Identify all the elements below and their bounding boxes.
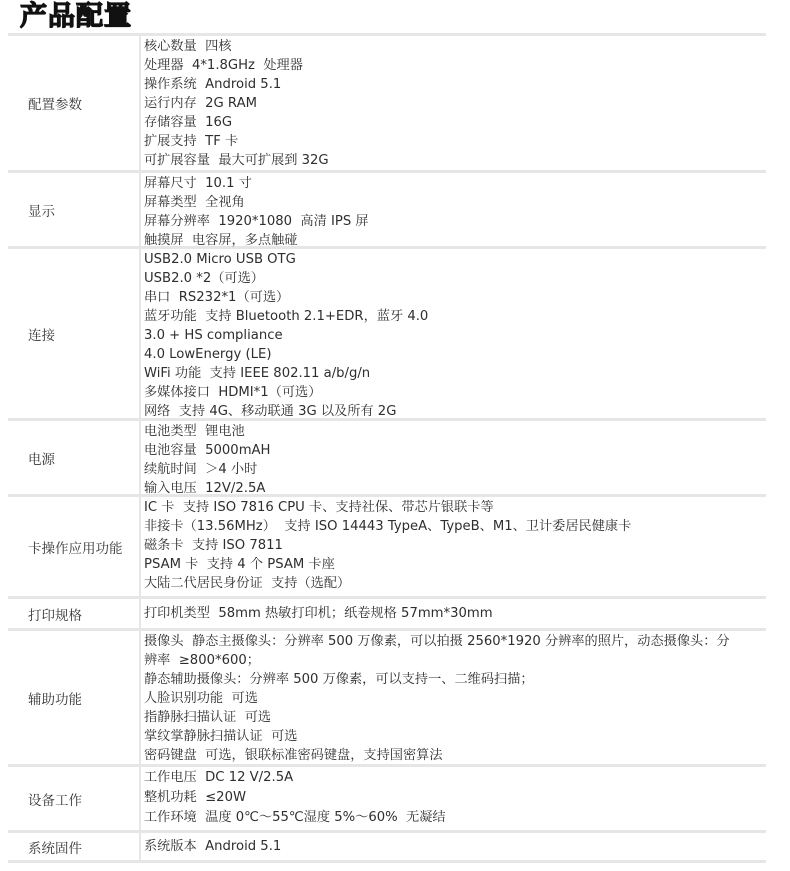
spec-line: 扩展支持 TF 卡	[144, 132, 766, 151]
spec-line: 触摸屏 电容屏，多点触碰	[144, 231, 766, 250]
spec-line: 操作系统 Android 5.1	[144, 75, 766, 94]
spec-row-auxiliary: 辅助功能 摄像头 静态主摄像头：分辨率 500 万像素，可以拍摄 2560*19…	[8, 628, 766, 764]
spec-category: 卡操作应用功能	[8, 497, 139, 596]
spec-line: 多媒体接口 HDMI*1（可选）	[144, 383, 766, 402]
spec-values: 系统版本 Android 5.1	[139, 833, 766, 860]
spec-line: 大陆二代居民身份证 支持（选配）	[144, 574, 766, 593]
spec-line: 4.0 LowEnergy (LE)	[144, 345, 766, 364]
spec-line: 存储容量 16G	[144, 113, 766, 132]
spec-category: 连接	[8, 249, 139, 418]
spec-line: 磁条卡 支持 ISO 7811	[144, 536, 766, 555]
spec-category: 打印规格	[8, 599, 139, 628]
spec-line: 屏幕类型 全视角	[144, 193, 766, 212]
spec-line: USB2.0 *2（可选）	[144, 269, 766, 288]
spec-row-card: 卡操作应用功能 IC 卡 支持 ISO 7816 CPU 卡、支持社保、带芯片银…	[8, 494, 766, 596]
page-title: 产品配置	[20, 1, 132, 33]
spec-line: 整机功耗 ≤20W	[144, 788, 766, 808]
spec-line: 人脸识别功能 可选	[144, 689, 766, 708]
spec-line: 摄像头 静态主摄像头：分辨率 500 万像素，可以拍摄 2560*1920 分辨…	[144, 632, 766, 651]
spec-row-operation: 设备工作 工作电压 DC 12 V/2.5A 整机功耗 ≤20W 工作环境 温度…	[8, 764, 766, 830]
spec-table: 配置参数 核心数量 四核 处理器 4*1.8GHz 处理器 操作系统 Andro…	[8, 33, 766, 863]
spec-category: 设备工作	[8, 767, 139, 830]
spec-line: 处理器 4*1.8GHz 处理器	[144, 56, 766, 75]
spec-line: 密码键盘 可选，银联标准密码键盘，支持国密算法	[144, 746, 766, 765]
spec-line: 静态辅助摄像头：分辨率 500 万像素，可以支持一、二维码扫描；	[144, 670, 766, 689]
spec-line: 指静脉扫描认证 可选	[144, 708, 766, 727]
spec-values: 屏幕尺寸 10.1 寸 屏幕类型 全视角 屏幕分辨率 1920*1080 高清 …	[139, 173, 766, 246]
spec-category: 电源	[8, 421, 139, 494]
spec-category: 显示	[8, 173, 139, 246]
spec-values: 工作电压 DC 12 V/2.5A 整机功耗 ≤20W 工作环境 温度 0℃～5…	[139, 767, 766, 830]
spec-line: 核心数量 四核	[144, 37, 766, 56]
spec-line: 输入电压 12V/2.5A	[144, 479, 766, 498]
spec-line: 可扩展容量 最大可扩展到 32G	[144, 151, 766, 170]
spec-category: 系统固件	[8, 833, 139, 860]
spec-line: PSAM 卡 支持 4 个 PSAM 卡座	[144, 555, 766, 574]
spec-row-connectivity: 连接 USB2.0 Micro USB OTG USB2.0 *2（可选） 串口…	[8, 246, 766, 418]
spec-line: 工作电压 DC 12 V/2.5A	[144, 768, 766, 788]
spec-values: 打印机类型 58mm 热敏打印机；纸卷规格 57mm*30mm	[139, 599, 766, 628]
spec-values: 摄像头 静态主摄像头：分辨率 500 万像素，可以拍摄 2560*1920 分辨…	[139, 631, 766, 764]
spec-line: 屏幕分辨率 1920*1080 高清 IPS 屏	[144, 212, 766, 231]
spec-line: 串口 RS232*1（可选）	[144, 288, 766, 307]
spec-line: 电池容量 5000mAH	[144, 441, 766, 460]
spec-values: 核心数量 四核 处理器 4*1.8GHz 处理器 操作系统 Android 5.…	[139, 36, 766, 170]
spec-values: IC 卡 支持 ISO 7816 CPU 卡、支持社保、带芯片银联卡等 非接卡（…	[139, 497, 766, 596]
spec-line: 打印机类型 58mm 热敏打印机；纸卷规格 57mm*30mm	[144, 604, 493, 623]
spec-line: 3.0 + HS compliance	[144, 326, 766, 345]
spec-line: 工作环境 温度 0℃～55℃湿度 5%～60% 无凝结	[144, 808, 766, 828]
spec-row-power: 电源 电池类型 锂电池 电池容量 5000mAH 续航时间 ＞4 小时 输入电压…	[8, 418, 766, 494]
spec-row-config: 配置参数 核心数量 四核 处理器 4*1.8GHz 处理器 操作系统 Andro…	[8, 33, 766, 170]
spec-category: 辅助功能	[8, 631, 139, 764]
spec-values: 电池类型 锂电池 电池容量 5000mAH 续航时间 ＞4 小时 输入电压 12…	[139, 421, 766, 494]
spec-line: 非接卡（13.56MHz） 支持 ISO 14443 TypeA、TypeB、M…	[144, 517, 766, 536]
spec-line: 运行内存 2G RAM	[144, 94, 766, 113]
spec-line: 网络 支持 4G、移动联通 3G 以及所有 2G	[144, 402, 766, 421]
spec-line: 掌纹掌静脉扫描认证 可选	[144, 727, 766, 746]
spec-row-firmware: 系统固件 系统版本 Android 5.1	[8, 830, 766, 863]
spec-line: USB2.0 Micro USB OTG	[144, 250, 766, 269]
spec-line: 屏幕尺寸 10.1 寸	[144, 174, 766, 193]
spec-line: 电池类型 锂电池	[144, 422, 766, 441]
spec-line: 续航时间 ＞4 小时	[144, 460, 766, 479]
spec-line: IC 卡 支持 ISO 7816 CPU 卡、支持社保、带芯片银联卡等	[144, 498, 766, 517]
spec-row-printer: 打印规格 打印机类型 58mm 热敏打印机；纸卷规格 57mm*30mm	[8, 596, 766, 628]
spec-line: 蓝牙功能 支持 Bluetooth 2.1+EDR，蓝牙 4.0	[144, 307, 766, 326]
spec-line: 辨率 ≥800*600；	[144, 651, 766, 670]
spec-line: 系统版本 Android 5.1	[144, 837, 281, 856]
spec-line: WiFi 功能 支持 IEEE 802.11 a/b/g/n	[144, 364, 766, 383]
spec-row-display: 显示 屏幕尺寸 10.1 寸 屏幕类型 全视角 屏幕分辨率 1920*1080 …	[8, 170, 766, 246]
spec-category: 配置参数	[8, 36, 139, 170]
spec-values: USB2.0 Micro USB OTG USB2.0 *2（可选） 串口 RS…	[139, 249, 766, 418]
